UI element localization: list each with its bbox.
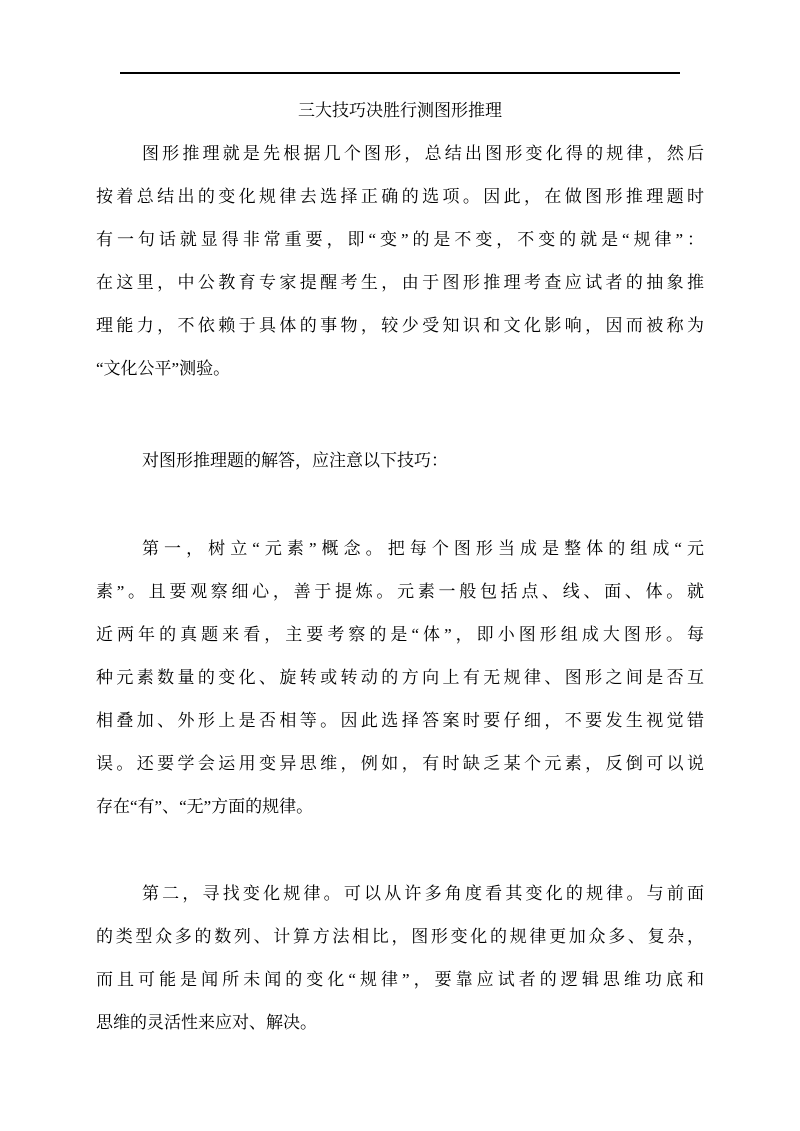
text-line: 思维的灵活性来应对、解决。 xyxy=(96,1001,704,1044)
text-line: 第二，寻找变化规律。可以从许多角度看其变化的规律。与前面 xyxy=(96,872,704,915)
text-line: 第一，树立“元素”概念。把每个图形当成是整体的组成“元 xyxy=(96,527,704,570)
text-line: 在这里，中公教育专家提醒考生，由于图形推理考查应试者的抽象推 xyxy=(96,261,704,304)
document-title: 三大技巧决胜行测图形推理 xyxy=(96,89,704,132)
header-rule xyxy=(120,72,680,74)
text-line: 图形推理就是先根据几个图形，总结出图形变化得的规律，然后 xyxy=(96,132,704,175)
text-line: 相叠加、外形上是否相等。因此选择答案时要仔细，不要发生视觉错 xyxy=(96,699,704,742)
paragraph: 图形推理就是先根据几个图形，总结出图形变化得的规律，然后按着总结出的变化规律去选… xyxy=(96,132,704,390)
text-line: 而且可能是闻所未闻的变化“规律”，要靠应试者的逻辑思维功底和 xyxy=(96,958,704,1001)
text-line: 存在“有”、“无”方面的规律。 xyxy=(96,785,704,828)
text-line: 误。还要学会运用变异思维，例如，有时缺乏某个元素，反倒可以说 xyxy=(96,742,704,785)
text-line: 有一句话就显得非常重要，即“变”的是不变，不变的就是“规律”： xyxy=(96,218,704,261)
text-line: 的类型众多的数列、计算方法相比，图形变化的规律更加众多、复杂， xyxy=(96,915,704,958)
document-page: 三大技巧决胜行测图形推理 图形推理就是先根据几个图形，总结出图形变化得的规律，然… xyxy=(0,0,800,1131)
text-line: 种元素数量的变化、旋转或转动的方向上有无规律、图形之间是否互 xyxy=(96,656,704,699)
text-line: 近两年的真题来看，主要考察的是“体”，即小图形组成大图形。每 xyxy=(96,613,704,656)
paragraph: 第一，树立“元素”概念。把每个图形当成是整体的组成“元素”。且要观察细心，善于提… xyxy=(96,527,704,828)
document-body: 图形推理就是先根据几个图形，总结出图形变化得的规律，然后按着总结出的变化规律去选… xyxy=(96,132,704,1044)
paragraph: 第二，寻找变化规律。可以从许多角度看其变化的规律。与前面的类型众多的数列、计算方… xyxy=(96,872,704,1044)
document-content: 三大技巧决胜行测图形推理 图形推理就是先根据几个图形，总结出图形变化得的规律，然… xyxy=(96,89,704,1044)
text-line: 理能力，不依赖于具体的事物，较少受知识和文化影响，因而被称为 xyxy=(96,304,704,347)
text-line: 素”。且要观察细心，善于提炼。元素一般包括点、线、面、体。就 xyxy=(96,570,704,613)
text-line: 按着总结出的变化规律去选择正确的选项。因此，在做图形推理题时 xyxy=(96,175,704,218)
text-line: “文化公平”测验。 xyxy=(96,347,704,390)
text-line: 对图形推理题的解答，应注意以下技巧： xyxy=(96,439,704,482)
paragraph: 对图形推理题的解答，应注意以下技巧： xyxy=(96,439,704,482)
